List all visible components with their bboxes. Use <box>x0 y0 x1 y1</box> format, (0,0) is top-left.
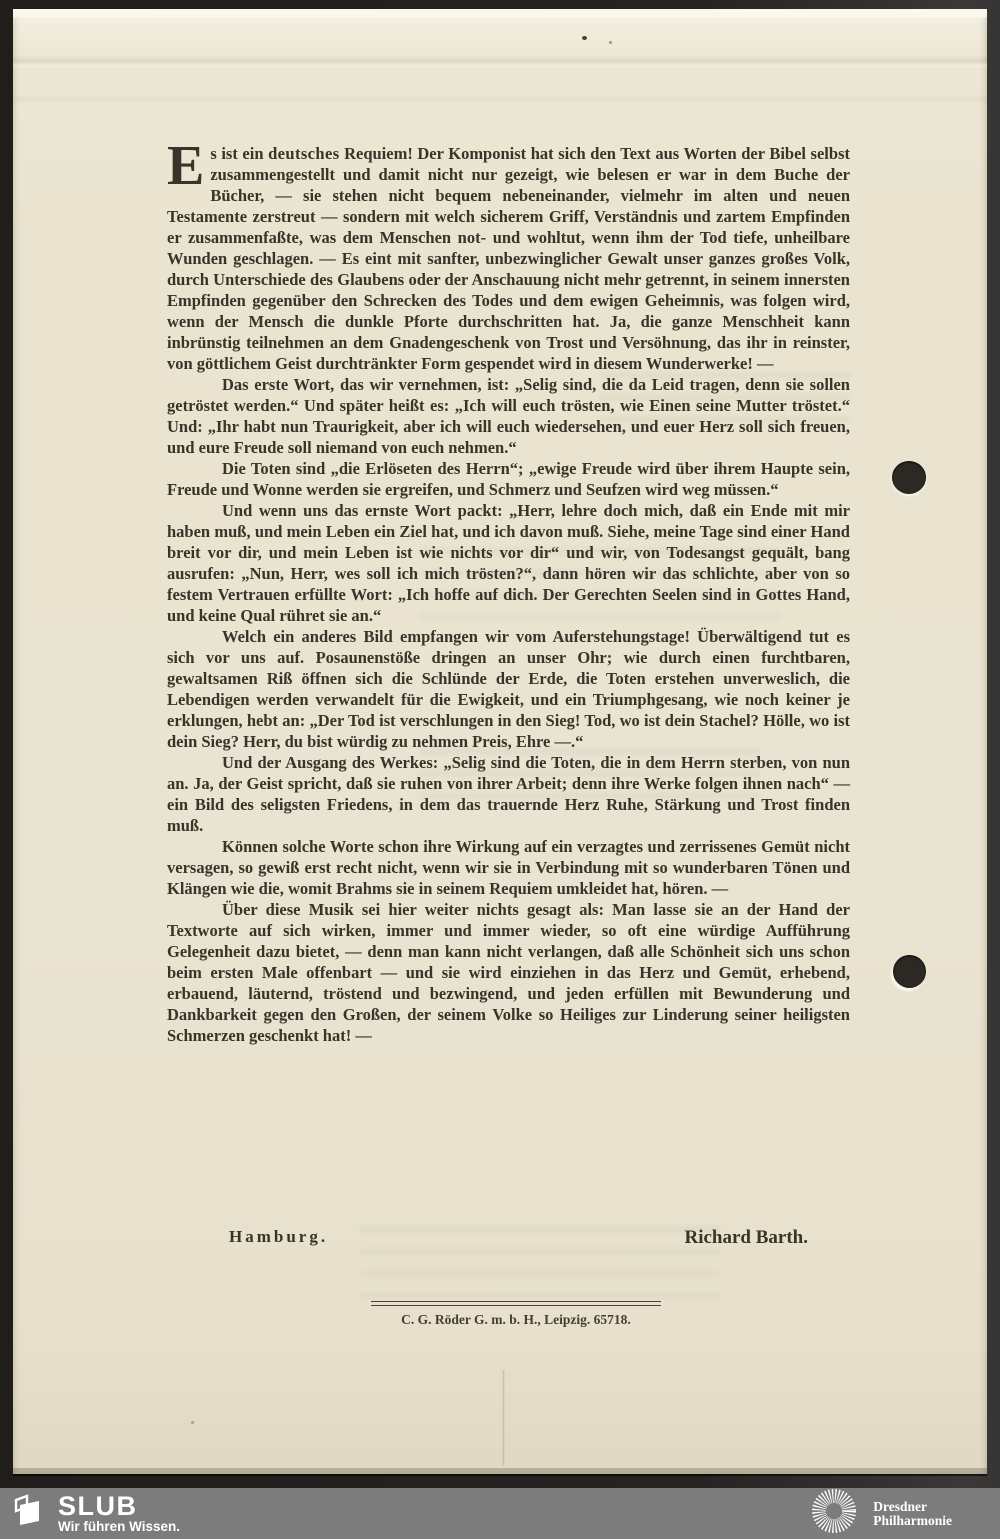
paper-crease <box>13 55 987 69</box>
partner-name-line1: Dresdner <box>873 1500 952 1514</box>
imprint-text: C. G. Röder G. m. b. H., Leipzig. 65718. <box>371 1312 661 1328</box>
paragraph: Die Toten sind „die Erlöseten des Herrn“… <box>167 458 850 500</box>
paper-speck <box>609 41 612 44</box>
slub-logo-link[interactable]: SLUB Wir führen Wissen. <box>0 1494 180 1534</box>
signature-author: Richard Barth. <box>685 1227 851 1249</box>
paragraph: Und der Ausgang des Werkes: „Selig sind … <box>167 752 850 836</box>
printer-imprint: C. G. Röder G. m. b. H., Leipzig. 65718. <box>371 1301 661 1328</box>
paragraph: Es ist ein deutsches Requiem! Der Kompon… <box>167 143 850 374</box>
paragraph: Und wenn uns das ernste Wort packt: „Her… <box>167 500 850 626</box>
punch-hole-top <box>892 461 926 494</box>
paper-speck <box>191 1421 194 1424</box>
viewer-footer-bar: SLUB Wir führen Wissen. Dresdner Philhar… <box>0 1488 1000 1539</box>
sunburst-icon <box>809 1486 859 1539</box>
paper-bottom-shadow <box>13 1468 987 1474</box>
signature-row: Hamburg. Richard Barth. <box>167 1227 850 1249</box>
paragraph: Über diese Musik sei hier weiter nichts … <box>167 899 850 1046</box>
paper-crease-faint <box>13 95 987 103</box>
dresdner-philharmonie-logo-link[interactable]: Dresdner Philharmonie <box>809 1486 1000 1539</box>
slub-name: SLUB <box>58 1494 180 1518</box>
paragraph: Das erste Wort, das wir vernehmen, ist: … <box>167 374 850 458</box>
paper-fold-line <box>502 1370 505 1465</box>
paper-top-edge <box>13 9 987 17</box>
slub-tagline: Wir führen Wissen. <box>58 1519 180 1534</box>
paper-speck <box>582 36 587 40</box>
signature-place: Hamburg. <box>167 1227 328 1249</box>
document-paragraphs: Es ist ein deutsches Requiem! Der Kompon… <box>167 143 850 1046</box>
partner-name-line2: Philharmonie <box>873 1514 952 1528</box>
paragraph: Können solche Worte schon ihre Wirkung a… <box>167 836 850 899</box>
dropcap-initial: E <box>167 143 210 187</box>
partner-wordmark: Dresdner Philharmonie <box>873 1500 952 1527</box>
slub-wordmark: SLUB Wir führen Wissen. <box>58 1494 180 1534</box>
imprint-rule <box>371 1301 661 1306</box>
punch-hole-bottom <box>893 955 926 988</box>
slub-book-icon <box>13 1494 43 1531</box>
paragraph: Welch ein anderes Bild empfangen wir vom… <box>167 626 850 752</box>
